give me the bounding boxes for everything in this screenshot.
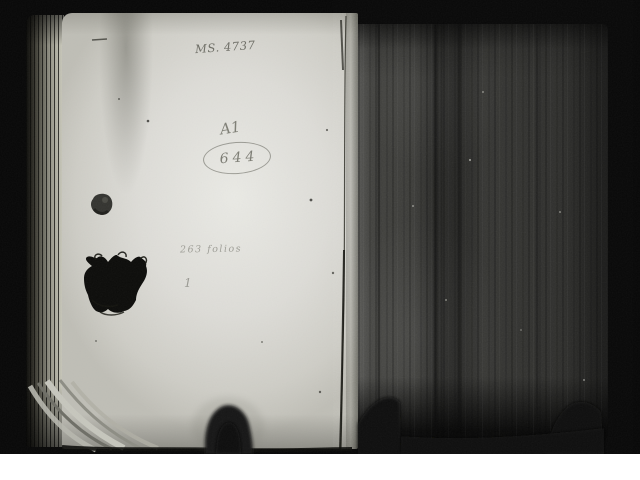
photo-backdrop: MS. 4737 A1 644 263 folios 1 <box>0 0 640 454</box>
scan-bottom-margin <box>0 454 640 480</box>
photo-detail-overlay <box>0 0 640 454</box>
scanned-photograph: MS. 4737 A1 644 263 folios 1 <box>0 0 640 480</box>
grain-overlay-cover <box>358 24 608 444</box>
